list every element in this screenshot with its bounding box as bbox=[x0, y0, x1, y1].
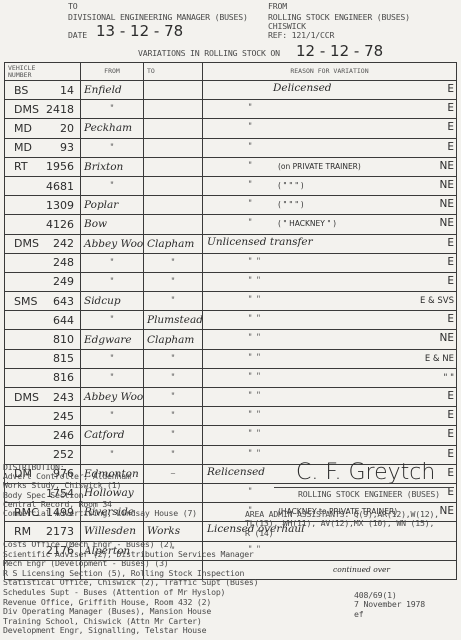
from-garage: " bbox=[81, 349, 144, 368]
from-label: FROM bbox=[268, 1, 287, 11]
reason-text: " " bbox=[248, 411, 261, 419]
reason-cell: Unlicensed transferE bbox=[203, 234, 457, 253]
to-garage: Clapham bbox=[144, 330, 203, 349]
status-code: " " bbox=[443, 373, 454, 383]
reason-text: " " bbox=[248, 334, 261, 342]
reason-cell: "( " " " )NE bbox=[203, 196, 457, 215]
distribution-group-1: Advert Controller, AldenhamWorks Study, … bbox=[3, 472, 197, 518]
header-from: FROM bbox=[81, 63, 144, 81]
vehicle-number: 249 bbox=[5, 272, 81, 291]
to-garage: " bbox=[144, 253, 203, 272]
status-code: E bbox=[447, 409, 454, 421]
table-row: MD20Peckham"E bbox=[5, 119, 457, 138]
reason-cell: "E bbox=[203, 119, 457, 138]
status-code: NE bbox=[440, 198, 455, 210]
header-to: TO bbox=[144, 63, 203, 81]
reason-text: " bbox=[248, 488, 252, 496]
reason-cell: "( " " " )NE bbox=[203, 176, 457, 195]
reason-text: " " bbox=[248, 315, 261, 323]
header-reason: REASON FOR VARIATION bbox=[203, 63, 457, 81]
reason-text: " " bbox=[248, 296, 261, 304]
vehicle-number: 245 bbox=[5, 407, 81, 426]
reason-note: (on PRIVATE TRAINER) bbox=[278, 162, 361, 171]
vehicle-number: DMS2418 bbox=[5, 100, 81, 119]
reason-text: " bbox=[248, 162, 252, 170]
table-row: RT1956Brixton"(on PRIVATE TRAINER)NE bbox=[5, 157, 457, 176]
vehicle-number: 246 bbox=[5, 426, 81, 445]
status-code: NE bbox=[440, 332, 455, 344]
status-code: E bbox=[447, 83, 454, 95]
reason-note: continued over bbox=[333, 565, 390, 574]
vehicle-number: 248 bbox=[5, 253, 81, 272]
reason-text: " bbox=[248, 219, 252, 227]
table-row: 4126Bow"( " HACKNEY " )NE bbox=[5, 215, 457, 234]
status-code: NE bbox=[440, 179, 455, 191]
vehicle-number: 810 bbox=[5, 330, 81, 349]
to-garage: Plumstead bbox=[144, 311, 203, 330]
to-garage: " bbox=[144, 407, 203, 426]
status-code: E bbox=[447, 102, 454, 114]
header-vehicle-number: VEHICLENUMBER bbox=[5, 63, 81, 81]
vehicle-number: 816 bbox=[5, 368, 81, 387]
status-code: E bbox=[447, 448, 454, 460]
to-garage bbox=[144, 176, 203, 195]
table-row: DMS243Abbey Wood"" "E bbox=[5, 388, 457, 407]
table-row: 249""" "E bbox=[5, 272, 457, 291]
table-row: 4681""( " " " )NE bbox=[5, 176, 457, 195]
memo-date: 13 - 12 - 78 bbox=[96, 22, 183, 40]
table-row: 248""" "E bbox=[5, 253, 457, 272]
table-row: 246Catford"" "E bbox=[5, 426, 457, 445]
footer-initials: ef bbox=[354, 610, 425, 619]
reason-cell: "E bbox=[203, 100, 457, 119]
status-code: E bbox=[447, 256, 454, 268]
to-label: TO bbox=[68, 1, 77, 11]
signature: C. F. Greytch bbox=[296, 460, 435, 485]
reason-text: Relicensed bbox=[207, 466, 265, 478]
reason-text: " bbox=[248, 104, 252, 112]
area-admin-assistants: AREA ADMIN ASSISTANTS: Q(9),AR(12),W(12)… bbox=[245, 510, 439, 538]
table-header-row: VEHICLENUMBER FROM TO REASON FOR VARIATI… bbox=[5, 63, 457, 81]
reason-text: " " bbox=[248, 450, 261, 458]
reason-cell: " "" " bbox=[203, 368, 457, 387]
vehicle-number: 644 bbox=[5, 311, 81, 330]
from-garage: " bbox=[81, 253, 144, 272]
to-garage: " bbox=[144, 272, 203, 291]
table-row: DMS242Abbey WoodClaphamUnlicensed transf… bbox=[5, 234, 457, 253]
table-row: DMS2418""E bbox=[5, 100, 457, 119]
distribution-entry: Development Engr, Signalling, Telstar Ho… bbox=[3, 626, 258, 636]
signature-title: ROLLING STOCK ENGINEER (BUSES) bbox=[298, 489, 440, 499]
table-row: 815""" "E & NE bbox=[5, 349, 457, 368]
from-garage: " bbox=[81, 272, 144, 291]
reason-cell: "( " HACKNEY " )NE bbox=[203, 215, 457, 234]
table-row: 245""" "E bbox=[5, 407, 457, 426]
to-garage bbox=[144, 81, 203, 100]
vehicle-number: BS14 bbox=[5, 81, 81, 100]
to-garage: Clapham bbox=[144, 234, 203, 253]
to-garage: " bbox=[144, 445, 203, 464]
from-garage: Enfield bbox=[81, 81, 144, 100]
reason-text: " " bbox=[248, 373, 261, 381]
to-garage: " bbox=[144, 368, 203, 387]
table-row: 644"Plumstead" "E bbox=[5, 311, 457, 330]
status-code: NE bbox=[440, 217, 455, 229]
table-row: 810EdgwareClapham" "NE bbox=[5, 330, 457, 349]
date-label: DATE bbox=[68, 30, 87, 40]
reason-cell: "E bbox=[203, 138, 457, 157]
status-code: E bbox=[447, 390, 454, 402]
reason-note: ( " " " ) bbox=[278, 181, 304, 190]
reason-cell: " "E bbox=[203, 426, 457, 445]
from-garage: " bbox=[81, 311, 144, 330]
reason-cell: " "E bbox=[203, 253, 457, 272]
status-code: E bbox=[447, 141, 454, 153]
reason-text: " " bbox=[248, 277, 261, 285]
vehicle-number: RT1956 bbox=[5, 157, 81, 176]
to-garage bbox=[144, 215, 203, 234]
status-code: E bbox=[447, 121, 454, 133]
reason-text: Unlicensed transfer bbox=[207, 236, 313, 248]
reason-text: " bbox=[248, 200, 252, 208]
reason-cell: " "E & NE bbox=[203, 349, 457, 368]
from-garage: " bbox=[81, 445, 144, 464]
from-garage: Bow bbox=[81, 215, 144, 234]
to-garage bbox=[144, 100, 203, 119]
reason-cell: "(on PRIVATE TRAINER)NE bbox=[203, 157, 457, 176]
reason-text: " bbox=[248, 143, 252, 151]
from-garage: Edgware bbox=[81, 330, 144, 349]
reason-cell: " "E bbox=[203, 311, 457, 330]
vehicle-number: DMS243 bbox=[5, 388, 81, 407]
from-garage: " bbox=[81, 138, 144, 157]
reason-text: " " bbox=[248, 258, 261, 266]
title-prefix: VARIATIONS IN ROLLING STOCK ON bbox=[138, 48, 280, 58]
to-recipient: DIVISIONAL ENGINEERING MANAGER (BUSES) bbox=[68, 12, 248, 22]
from-garage: Brixton bbox=[81, 157, 144, 176]
to-garage: " bbox=[144, 426, 203, 445]
from-garage: " bbox=[81, 176, 144, 195]
footer-reference: 408/69(1) 7 November 1978 ef bbox=[354, 591, 425, 619]
vehicle-number: MD20 bbox=[5, 119, 81, 138]
from-garage: Catford bbox=[81, 426, 144, 445]
reason-cell: DelicensedE bbox=[203, 81, 457, 100]
signature-line bbox=[274, 487, 454, 488]
from-garage: Peckham bbox=[81, 119, 144, 138]
status-code: E bbox=[447, 275, 454, 287]
to-garage bbox=[144, 157, 203, 176]
from-garage: Abbey Wood bbox=[81, 388, 144, 407]
status-code: NE bbox=[440, 505, 455, 517]
to-garage bbox=[144, 138, 203, 157]
title-date: 12 - 12 - 78 bbox=[296, 42, 383, 60]
table-row: MD93""E bbox=[5, 138, 457, 157]
vehicle-number: MD93 bbox=[5, 138, 81, 157]
reference: REF: 121/1/CCR bbox=[268, 30, 334, 40]
table-row: BS14EnfieldDelicensedE bbox=[5, 81, 457, 100]
vehicle-number: 815 bbox=[5, 349, 81, 368]
status-code: E bbox=[447, 467, 454, 479]
reason-text: " " bbox=[248, 392, 261, 400]
vehicle-number: 4126 bbox=[5, 215, 81, 234]
to-garage bbox=[144, 196, 203, 215]
from-garage: Poplar bbox=[81, 196, 144, 215]
reason-text: " " bbox=[248, 354, 261, 362]
vehicle-number: 4681 bbox=[5, 176, 81, 195]
status-code: E & SVS bbox=[420, 296, 454, 306]
footer-date: 7 November 1978 bbox=[354, 600, 425, 609]
from-garage: " bbox=[81, 407, 144, 426]
reason-text: Delicensed bbox=[273, 82, 332, 94]
table-row: 816""" "" " bbox=[5, 368, 457, 387]
vehicle-number: 1309 bbox=[5, 196, 81, 215]
vehicle-number: SMS643 bbox=[5, 292, 81, 311]
reason-cell: " "E bbox=[203, 272, 457, 291]
from-garage: Abbey Wood bbox=[81, 234, 144, 253]
status-code: E bbox=[447, 237, 454, 249]
reason-note: ( " " " ) bbox=[278, 200, 304, 209]
status-code: NE bbox=[440, 160, 455, 172]
table-row: SMS643Sidcup"" "E & SVS bbox=[5, 292, 457, 311]
from-garage: " bbox=[81, 100, 144, 119]
reason-cell: " "E bbox=[203, 407, 457, 426]
to-garage: " bbox=[144, 292, 203, 311]
from-garage: " bbox=[81, 368, 144, 387]
status-code: E & NE bbox=[425, 354, 454, 364]
reason-text: " bbox=[248, 123, 252, 131]
reason-text: " bbox=[248, 181, 252, 189]
from-garage: Sidcup bbox=[81, 292, 144, 311]
reason-cell: " "E bbox=[203, 388, 457, 407]
vehicle-number: DMS242 bbox=[5, 234, 81, 253]
distribution-group-2: Costs Office (Mech Engr - Buses) (2)Scie… bbox=[3, 540, 258, 636]
table-row: 1309Poplar"( " " " )NE bbox=[5, 196, 457, 215]
reason-cell: " "NE bbox=[203, 330, 457, 349]
to-garage: " bbox=[144, 388, 203, 407]
distribution-entry: Commercial Advertising, Lindsay House (7… bbox=[3, 509, 197, 518]
status-code: E bbox=[447, 428, 454, 440]
reason-note: ( " HACKNEY " ) bbox=[278, 219, 336, 228]
status-code: E bbox=[447, 313, 454, 325]
reason-cell: " "E & SVS bbox=[203, 292, 457, 311]
reason-text: " " bbox=[248, 430, 261, 438]
to-garage: " bbox=[144, 349, 203, 368]
to-garage bbox=[144, 119, 203, 138]
